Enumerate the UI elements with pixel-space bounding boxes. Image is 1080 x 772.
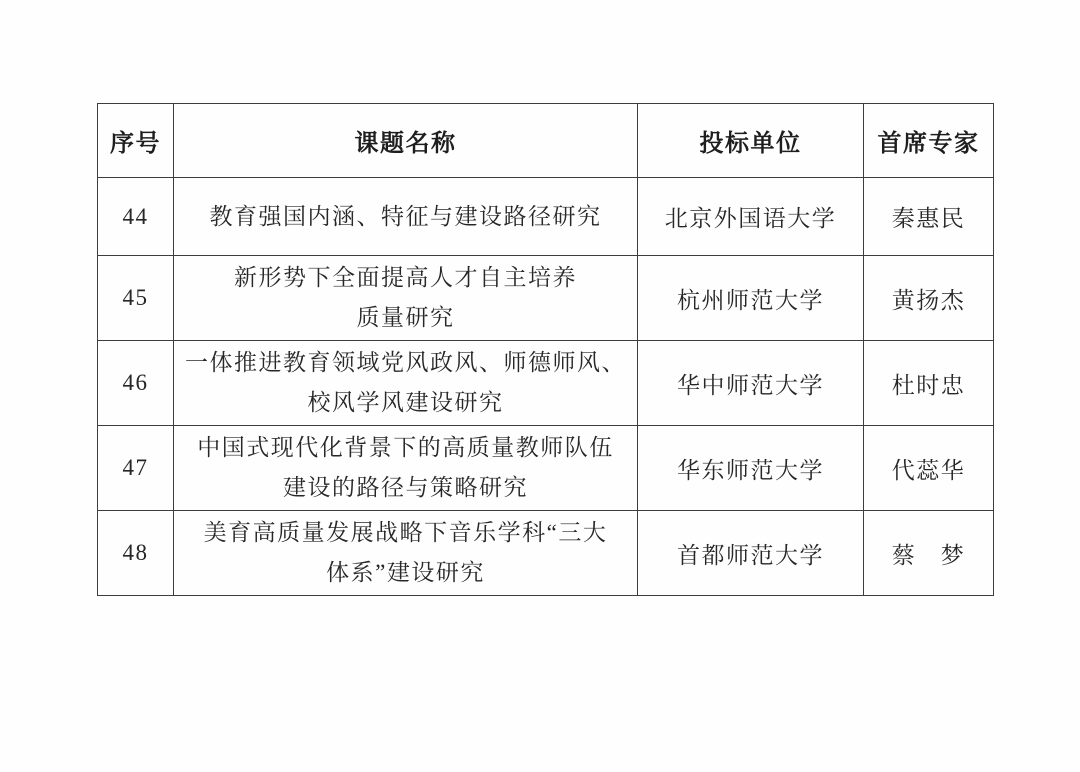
- cell-expert: 杜时忠: [864, 341, 994, 426]
- table-row: 46 一体推进教育领域党风政风、师德师风、 校风学风建设研究 华中师范大学 杜时…: [98, 341, 994, 426]
- cell-unit: 华东师范大学: [638, 426, 864, 511]
- cell-title: 中国式现代化背景下的高质量教师队伍 建设的路径与策略研究: [174, 426, 638, 511]
- cell-index: 44: [98, 178, 174, 256]
- header-title: 课题名称: [174, 104, 638, 178]
- cell-index: 46: [98, 341, 174, 426]
- table-row: 48 美育高质量发展战略下音乐学科“三大 体系”建设研究 首都师范大学 蔡 梦: [98, 511, 994, 596]
- cell-expert: 蔡 梦: [864, 511, 994, 596]
- header-index: 序号: [98, 104, 174, 178]
- project-list-table: 序号 课题名称 投标单位 首席专家 44 教育强国内涵、特征与建设路径研究 北京…: [97, 103, 994, 596]
- table-row: 47 中国式现代化背景下的高质量教师队伍 建设的路径与策略研究 华东师范大学 代…: [98, 426, 994, 511]
- cell-expert: 黄扬杰: [864, 256, 994, 341]
- cell-title: 一体推进教育领域党风政风、师德师风、 校风学风建设研究: [174, 341, 638, 426]
- cell-unit: 北京外国语大学: [638, 178, 864, 256]
- cell-unit: 华中师范大学: [638, 341, 864, 426]
- cell-expert: 代蕊华: [864, 426, 994, 511]
- cell-index: 45: [98, 256, 174, 341]
- cell-expert: 秦惠民: [864, 178, 994, 256]
- cell-unit: 杭州师范大学: [638, 256, 864, 341]
- header-expert: 首席专家: [864, 104, 994, 178]
- header-unit: 投标单位: [638, 104, 864, 178]
- table-row: 45 新形势下全面提高人才自主培养 质量研究 杭州师范大学 黄扬杰: [98, 256, 994, 341]
- document-page: 序号 课题名称 投标单位 首席专家 44 教育强国内涵、特征与建设路径研究 北京…: [0, 0, 1080, 772]
- cell-index: 47: [98, 426, 174, 511]
- cell-unit: 首都师范大学: [638, 511, 864, 596]
- table-header-row: 序号 课题名称 投标单位 首席专家: [98, 104, 994, 178]
- cell-index: 48: [98, 511, 174, 596]
- cell-title: 教育强国内涵、特征与建设路径研究: [174, 178, 638, 256]
- cell-title: 美育高质量发展战略下音乐学科“三大 体系”建设研究: [174, 511, 638, 596]
- table-row: 44 教育强国内涵、特征与建设路径研究 北京外国语大学 秦惠民: [98, 178, 994, 256]
- cell-title: 新形势下全面提高人才自主培养 质量研究: [174, 256, 638, 341]
